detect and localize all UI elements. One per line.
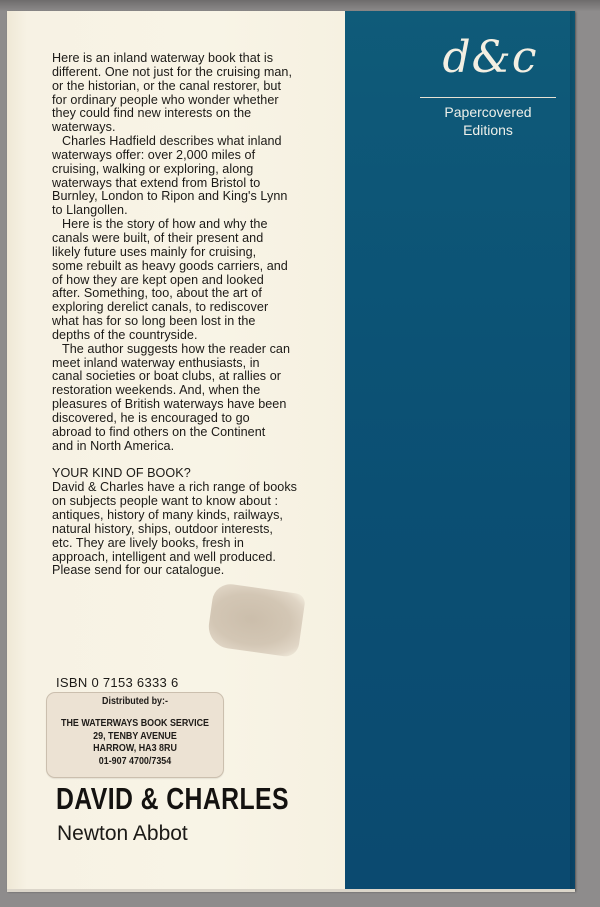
blue-color-panel (345, 11, 575, 891)
blurb-text: Here is an inland waterway book that is … (52, 52, 344, 578)
price-sticker-residue (206, 582, 306, 658)
series-label: Papercovered Editions (420, 103, 556, 139)
sticker-line: 29, TENBY AVENUE (60, 730, 210, 743)
series-label-line: Editions (420, 121, 556, 139)
cover-edge-shadow (570, 11, 576, 891)
publisher-logo-monogram: d&c (420, 28, 560, 88)
cover-bottom-edge (7, 889, 575, 892)
blurb-paragraph: Charles Hadfield describes what inland w… (52, 135, 344, 218)
publisher-location: Newton Abbot (57, 822, 188, 846)
paragraph-gap (52, 453, 344, 467)
promo-heading: YOUR KIND OF BOOK? (52, 467, 344, 481)
isbn-number: ISBN 0 7153 6333 6 (56, 675, 179, 690)
sticker-heading: Distributed by:- (60, 695, 210, 707)
sticker-line: HARROW, HA3 8RU (60, 742, 210, 755)
promo-text: David & Charles have a rich range of boo… (52, 481, 344, 578)
blurb-paragraph: The author suggests how the reader can m… (52, 343, 344, 454)
blurb-paragraph: Here is the story of how and why the can… (52, 218, 344, 343)
sticker-line: 01-907 4700/7354 (60, 755, 210, 768)
logo-divider (420, 97, 556, 98)
distributor-sticker: Distributed by:- THE WATERWAYS BOOK SERV… (46, 692, 224, 778)
blurb-paragraph: Here is an inland waterway book that is … (52, 52, 344, 135)
publisher-name: DAVID & CHARLES (56, 781, 289, 817)
series-label-line: Papercovered (420, 103, 556, 121)
sticker-line: THE WATERWAYS BOOK SERVICE (60, 717, 210, 730)
